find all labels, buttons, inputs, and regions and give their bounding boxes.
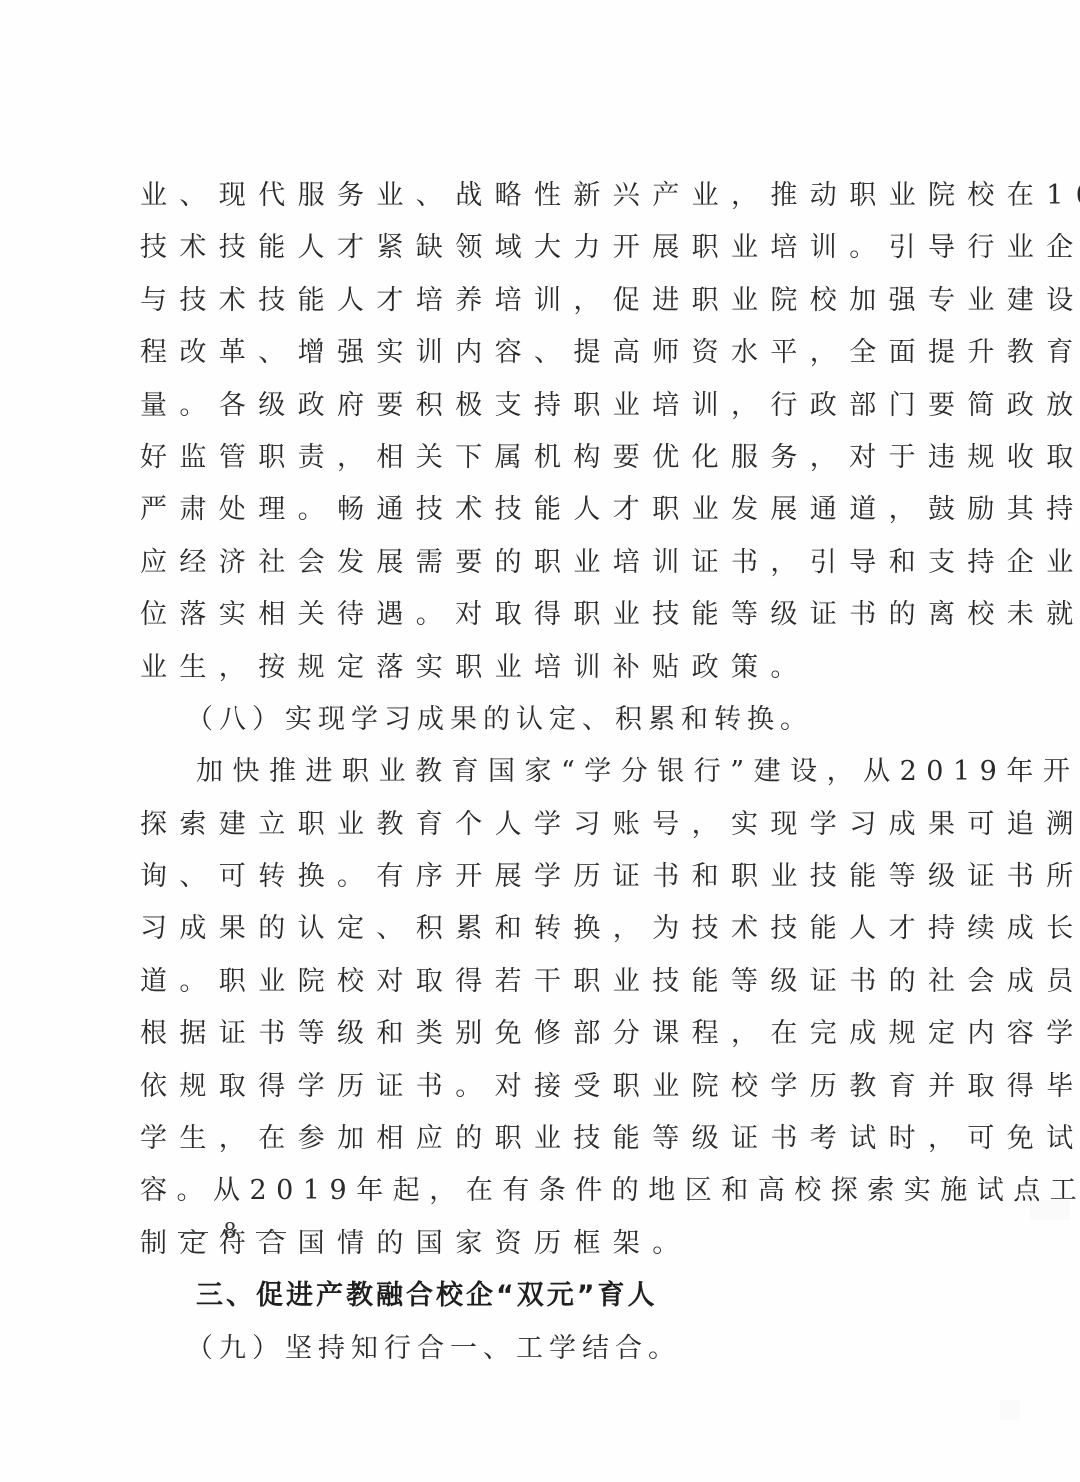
- text-line: 习成果的认定、积累和转换，为技术技能人才持续成长拓宽通: [140, 903, 944, 955]
- text-line: 学生，在参加相应的职业技能等级证书考试时，可免试部分内: [140, 1113, 944, 1165]
- text-line: 加快推进职业教育国家“学分银行”建设，从2019年开始，: [140, 746, 944, 798]
- text-line: 业生，按规定落实职业培训补贴政策。: [140, 642, 944, 694]
- text-line: 道。职业院校对取得若干职业技能等级证书的社会成员，支持其: [140, 956, 944, 1008]
- text-line: 根据证书等级和类别免修部分课程，在完成规定内容学习后依法: [140, 1008, 944, 1060]
- scan-artifact: [1000, 1400, 1020, 1420]
- page-number: 8: [162, 1218, 302, 1245]
- text-line: 好监管职责，相关下属机构要优化服务，对于违规收取费用的要: [140, 432, 944, 484]
- subheading-8: （八）实现学习成果的认定、积累和转换。: [140, 694, 944, 746]
- text-line: 应经济社会发展需要的职业培训证书，引导和支持企业等用人单: [140, 537, 944, 589]
- text-line: 依规取得学历证书。对接受职业院校学历教育并取得毕业证书的: [140, 1061, 944, 1113]
- text-line: 位落实相关待遇。对取得职业技能等级证书的离校未就业高校毕: [140, 589, 944, 641]
- document-page: 业、现代服务业、战略性新兴产业，推动职业院校在10个左右 技术技能人才紧缺领域大…: [0, 0, 1080, 1482]
- text-line: 与技术技能人才培养培训，促进职业院校加强专业建设、深化课: [140, 275, 944, 327]
- subheading-9: （九）坚持知行合一、工学结合。: [140, 1323, 944, 1375]
- text-line: 探索建立职业教育个人学习账号，实现学习成果可追溯、可查: [140, 799, 944, 851]
- text-line: 严肃处理。畅通技术技能人才职业发展通道，鼓励其持续获得适: [140, 484, 944, 536]
- paragraph-learning-outcomes: 加快推进职业教育国家“学分银行”建设，从2019年开始， 探索建立职业教育个人学…: [140, 746, 944, 1270]
- text-line: 技术技能人才紧缺领域大力开展职业培训。引导行业企业深度参: [140, 222, 944, 274]
- section-heading-3: 三、促进产教融合校企“双元”育人: [140, 1270, 944, 1322]
- dash-left: [178, 1232, 208, 1233]
- page-number-value: 8: [224, 1218, 240, 1244]
- text-line: 容。从2019年起，在有条件的地区和高校探索实施试点工作，: [140, 1165, 944, 1217]
- document-body: 业、现代服务业、战略性新兴产业，推动职业院校在10个左右 技术技能人才紧缺领域大…: [140, 170, 944, 1375]
- dash-right: [256, 1232, 286, 1233]
- text-line: 程改革、增强实训内容、提高师资水平，全面提升教育教学质: [140, 327, 944, 379]
- paragraph-continued: 业、现代服务业、战略性新兴产业，推动职业院校在10个左右 技术技能人才紧缺领域大…: [140, 170, 944, 694]
- text-line: 询、可转换。有序开展学历证书和职业技能等级证书所体现的学: [140, 851, 944, 903]
- text-line: 业、现代服务业、战略性新兴产业，推动职业院校在10个左右: [140, 170, 944, 222]
- text-line: 量。各级政府要积极支持职业培训，行政部门要简政放权并履行: [140, 380, 944, 432]
